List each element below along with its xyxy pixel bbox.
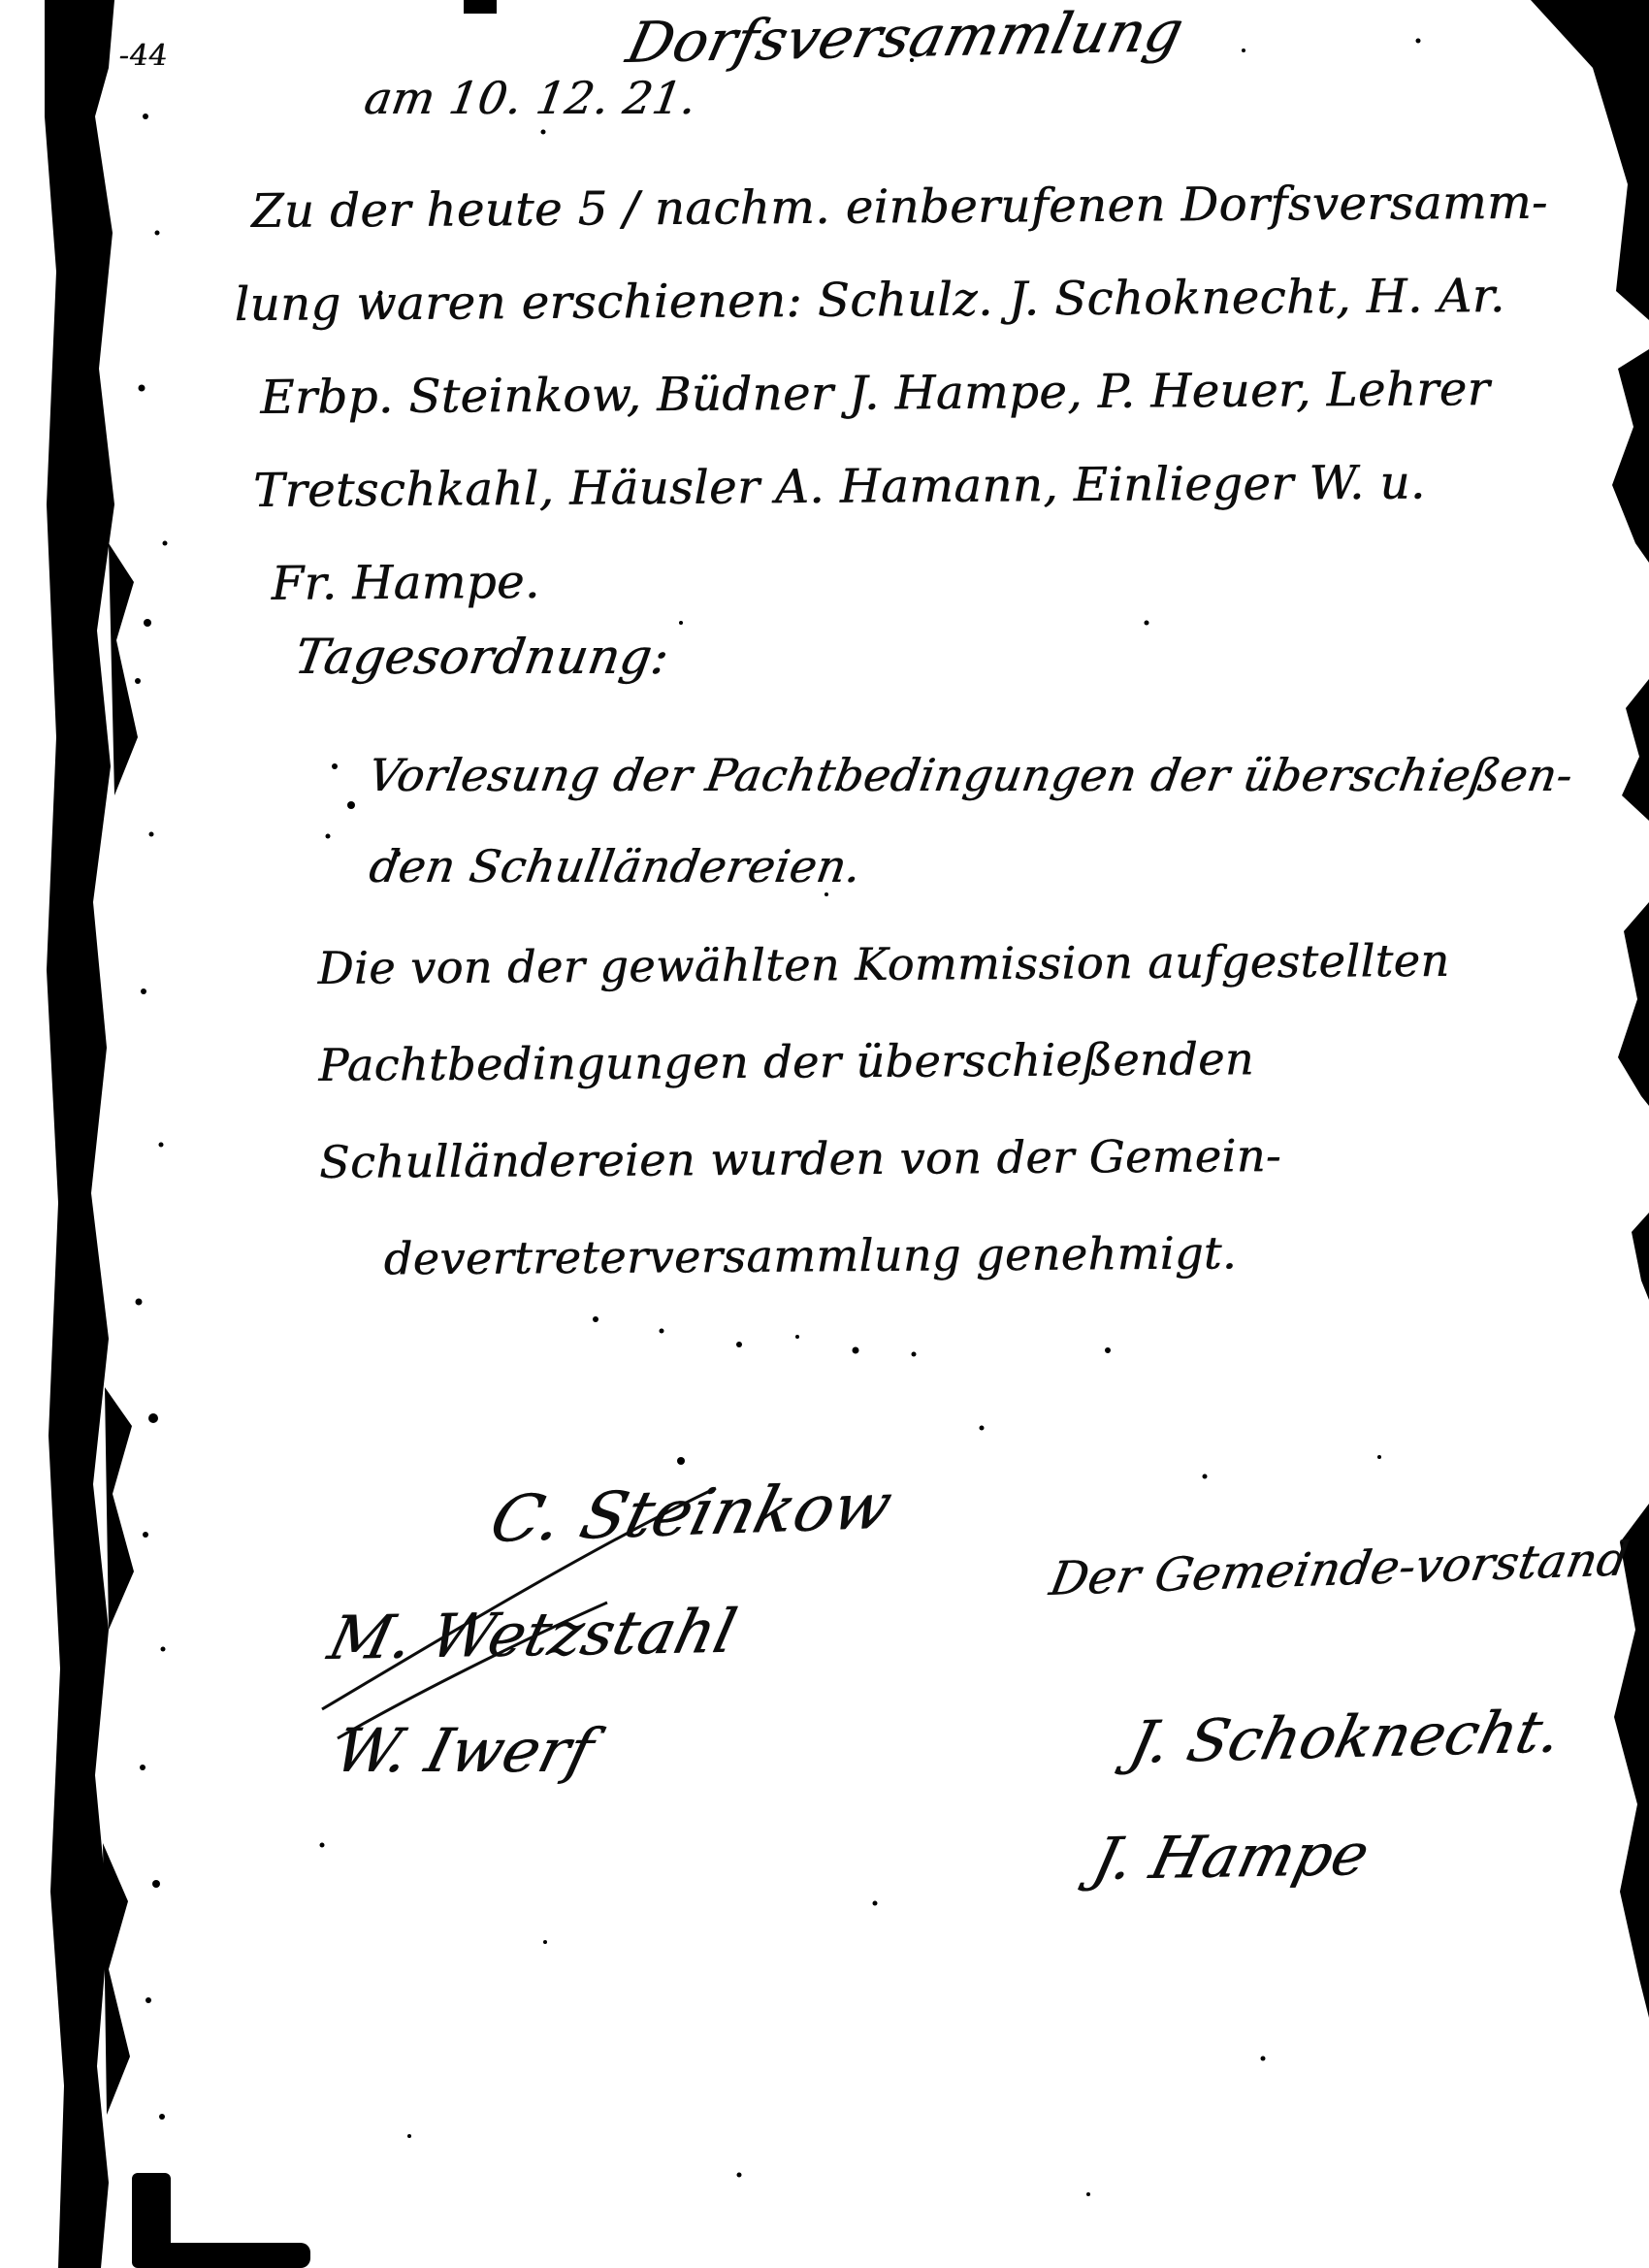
handwritten-line: lung waren erschienen: Schulz. J. Schokn…	[234, 249, 1548, 351]
binding-band-artifact	[45, 0, 114, 2268]
scanned-document-page: -44 Dorfsversammlung am 10. 12. 21. Zu d…	[0, 0, 1649, 2268]
margin-mark: -44	[116, 39, 170, 73]
signature-hampe: J. Hampe	[1086, 1821, 1375, 1894]
attendance-paragraph: Zu der heute 5 / nachm. einberufenen Dor…	[251, 156, 1551, 631]
handwritten-line: Pachtbedingungen der überschießenden	[318, 1009, 1451, 1114]
signature-schoknecht: J. Schoknecht.	[1123, 1699, 1568, 1777]
handwritten-line: Erbp. Steinkow, Büdner J. Hampe, P. Heue…	[260, 342, 1549, 444]
agenda-heading: Tagesordnung:	[291, 629, 673, 685]
handwritten-line: den Schulländereien.	[363, 821, 1566, 912]
handwritten-line: devertreterversammlung genehmigt.	[383, 1203, 1452, 1308]
binding-band-texture	[103, 543, 138, 2115]
handwritten-line: Fr. Hampe.	[271, 529, 1550, 631]
signature-wetzstahl: M. Wetzstahl	[322, 1596, 743, 1673]
handwritten-line: Schulländereien wurden von der Gemein-	[319, 1106, 1452, 1211]
signature-iwerf: W. Iwerf	[328, 1715, 600, 1786]
gemeinde-vorstand-label: Der Gemeinde-vorstand	[1046, 1532, 1633, 1606]
handwritten-line: Zu der heute 5 / nachm. einberufenen Dor…	[251, 156, 1548, 258]
handwritten-line: Die von der gewählten Kommission aufgest…	[317, 912, 1450, 1017]
resolution-paragraph: Die von der gewählten Kommission aufgest…	[317, 912, 1452, 1308]
document-title: Dorfsversammlung	[621, 0, 1189, 76]
top-edge-mark	[464, 0, 497, 14]
document-date: am 10. 12. 21.	[361, 72, 700, 124]
handwritten-line: Vorlesung der Pachtbedingungen der übers…	[362, 729, 1580, 821]
corner-wedge-artifact	[1531, 0, 1649, 320]
right-edge-blobs	[1612, 349, 1649, 2018]
agenda-item: Vorlesung der Pachtbedingungen der übers…	[347, 729, 1579, 912]
handwritten-line: Tretschkahl, Häusler A. Hamann, Einliege…	[253, 436, 1550, 537]
signature-steinkow: C. Steinkow	[483, 1469, 899, 1557]
